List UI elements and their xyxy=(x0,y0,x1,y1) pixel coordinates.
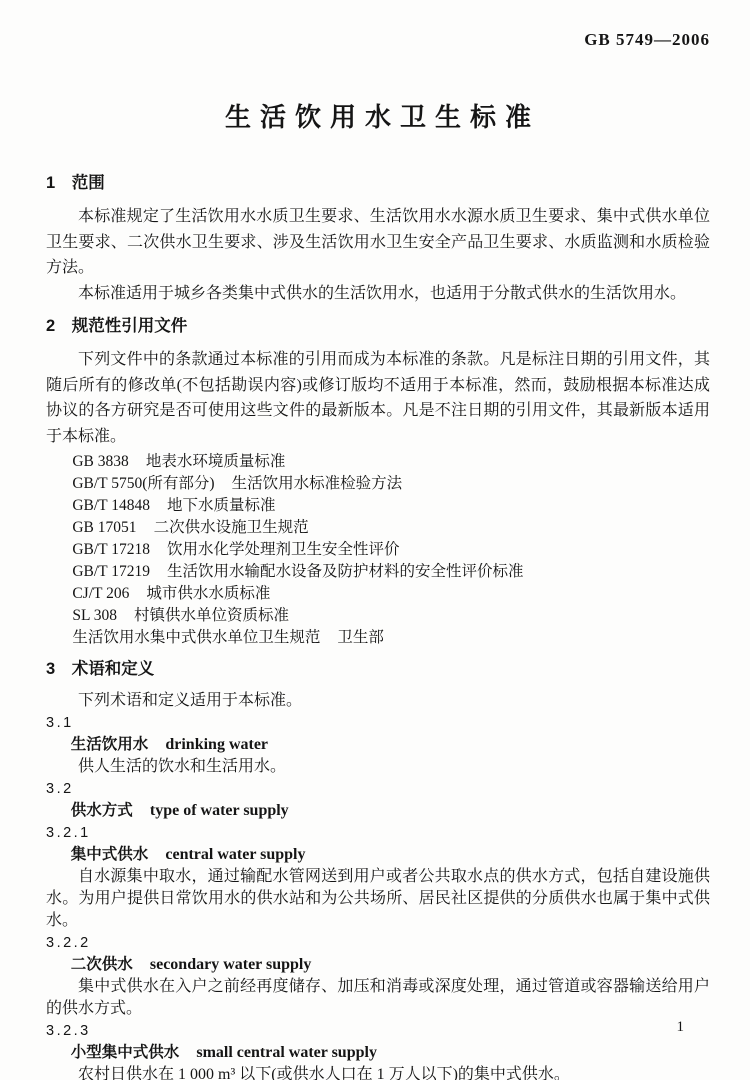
term-line: 供水方式type of water supply xyxy=(46,800,710,822)
reference-title: 卫生部 xyxy=(337,629,384,646)
reference-item: CJ/T 206城市供水水质标准 xyxy=(46,583,710,605)
reference-title: 生活饮用水输配水设备及防护材料的安全性评价标准 xyxy=(167,563,524,580)
reference-code: 生活饮用水集中式供水单位卫生规范 xyxy=(72,629,320,646)
term-definition: 供人生活的饮水和生活用水。 xyxy=(46,756,710,778)
term-line: 集中式供水central water supply xyxy=(46,844,710,866)
term-definition: 自水源集中取水，通过输配水管网送到用户或者公共取水点的供水方式，包括自建设施供水… xyxy=(46,866,710,932)
reference-title: 地下水质量标准 xyxy=(167,497,276,514)
term-en: drinking water xyxy=(165,736,268,753)
term-en: central water supply xyxy=(165,846,305,863)
term-line: 小型集中式供水small central water supply xyxy=(46,1042,710,1064)
section-2-number: 2 xyxy=(46,317,55,335)
term-definition: 农村日供水在 1 000 m³ 以下(或供水人口在 1 万人以下)的集中式供水。 xyxy=(46,1064,710,1080)
reference-list: GB 3838地表水环境质量标准 GB/T 5750(所有部分)生活饮用水标准检… xyxy=(46,451,710,649)
reference-title: 生活饮用水标准检验方法 xyxy=(232,475,403,492)
term-en: type of water supply xyxy=(150,802,289,819)
term-zh: 小型集中式供水 xyxy=(71,1044,180,1061)
scope-paragraph-2: 本标准适用于城乡各类集中式供水的生活饮用水，也适用于分散式供水的生活饮用水。 xyxy=(46,281,710,307)
term-en: secondary water supply xyxy=(150,956,312,973)
reference-item: GB/T 17218饮用水化学处理剂卫生安全性评价 xyxy=(46,539,710,561)
page-content: GB 5749—2006 生活饮用水卫生标准 1范围 本标准规定了生活饮用水水质… xyxy=(0,0,750,1080)
term-en: small central water supply xyxy=(196,1044,377,1061)
reference-item: GB/T 14848地下水质量标准 xyxy=(46,495,710,517)
reference-title: 城市供水水质标准 xyxy=(146,585,270,602)
section-1-heading: 1范围 xyxy=(46,172,710,195)
reference-item: GB 17051二次供水设施卫生规范 xyxy=(46,517,710,539)
clause-number: 3.2.1 xyxy=(46,822,710,844)
reference-code: GB/T 17218 xyxy=(72,541,150,558)
clause-number: 3.2.2 xyxy=(46,932,710,954)
section-2-heading: 2规范性引用文件 xyxy=(46,315,710,338)
clause-number: 3.2.3 xyxy=(46,1020,710,1042)
doc-code: GB 5749—2006 xyxy=(46,30,710,50)
reference-code: GB/T 14848 xyxy=(72,497,150,514)
section-3-number: 3 xyxy=(46,660,55,678)
reference-title: 二次供水设施卫生规范 xyxy=(154,519,309,536)
reference-item: 生活饮用水集中式供水单位卫生规范卫生部 xyxy=(46,627,710,649)
section-normative-references: 2规范性引用文件 下列文件中的条款通过本标准的引用而成为本标准的条款。凡是标注日… xyxy=(46,315,710,649)
reference-title: 饮用水化学处理剂卫生安全性评价 xyxy=(167,541,400,558)
section-scope: 1范围 本标准规定了生活饮用水水质卫生要求、生活饮用水水源水质卫生要求、集中式供… xyxy=(46,172,710,306)
term-line: 二次供水secondary water supply xyxy=(46,954,710,976)
term-block-3-1: 3.1 生活饮用水drinking water 供人生活的饮水和生活用水。 xyxy=(46,712,710,778)
section-2-title: 规范性引用文件 xyxy=(72,317,188,335)
section-1-number: 1 xyxy=(46,174,55,192)
document-page: GB 5749—2006 生活饮用水卫生标准 1范围 本标准规定了生活饮用水水质… xyxy=(0,0,750,1080)
terms-intro: 下列术语和定义适用于本标准。 xyxy=(46,690,710,712)
section-1-title: 范围 xyxy=(72,174,105,192)
section-terms-definitions: 3术语和定义 下列术语和定义适用于本标准。 3.1 生活饮用水drinking … xyxy=(46,658,710,1080)
reference-title: 地表水环境质量标准 xyxy=(146,453,286,470)
term-zh: 集中式供水 xyxy=(71,846,149,863)
term-zh: 生活饮用水 xyxy=(71,736,149,753)
scope-paragraph-1: 本标准规定了生活饮用水水质卫生要求、生活饮用水水源水质卫生要求、集中式供水单位卫… xyxy=(46,204,710,281)
term-line: 生活饮用水drinking water xyxy=(46,734,710,756)
term-block-3-2-1: 3.2.1 集中式供水central water supply 自水源集中取水，… xyxy=(46,822,710,932)
reference-code: SL 308 xyxy=(72,607,117,624)
reference-item: GB/T 5750(所有部分)生活饮用水标准检验方法 xyxy=(46,473,710,495)
term-block-3-2: 3.2 供水方式type of water supply xyxy=(46,778,710,822)
term-block-3-2-3: 3.2.3 小型集中式供水small central water supply … xyxy=(46,1020,710,1080)
term-zh: 二次供水 xyxy=(71,956,133,973)
reference-code: CJ/T 206 xyxy=(72,585,129,602)
reference-item: GB/T 17219生活饮用水输配水设备及防护材料的安全性评价标准 xyxy=(46,561,710,583)
reference-item: SL 308村镇供水单位资质标准 xyxy=(46,605,710,627)
clause-number: 3.1 xyxy=(46,712,710,734)
references-intro-paragraph: 下列文件中的条款通过本标准的引用而成为本标准的条款。凡是标注日期的引用文件，其随… xyxy=(46,347,710,449)
clause-number: 3.2 xyxy=(46,778,710,800)
term-definition: 集中式供水在入户之前经再度储存、加压和消毒或深度处理，通过管道或容器输送给用户的… xyxy=(46,976,710,1020)
section-3-heading: 3术语和定义 xyxy=(46,658,710,681)
reference-code: GB/T 17219 xyxy=(72,563,150,580)
page-number: 1 xyxy=(677,1018,685,1036)
reference-title: 村镇供水单位资质标准 xyxy=(134,607,289,624)
term-block-3-2-2: 3.2.2 二次供水secondary water supply 集中式供水在入… xyxy=(46,932,710,1020)
section-3-title: 术语和定义 xyxy=(72,660,155,678)
reference-code: GB 3838 xyxy=(72,453,128,470)
doc-title: 生活饮用水卫生标准 xyxy=(46,97,710,134)
reference-code: GB/T 5750(所有部分) xyxy=(72,475,214,492)
reference-code: GB 17051 xyxy=(72,519,136,536)
reference-item: GB 3838地表水环境质量标准 xyxy=(46,451,710,473)
term-zh: 供水方式 xyxy=(71,802,133,819)
